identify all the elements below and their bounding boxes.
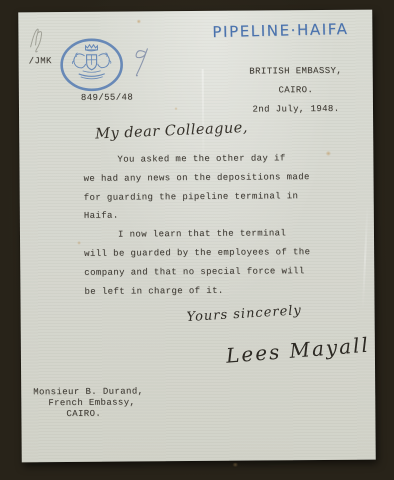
paper-crease bbox=[362, 205, 369, 310]
handwritten-filing-mark bbox=[128, 44, 154, 82]
paper-crease bbox=[202, 69, 205, 157]
signature: Lees Mayall bbox=[225, 333, 370, 368]
letterhead-city: CAIRO. bbox=[240, 81, 352, 101]
letter-page: /JMK bbox=[18, 10, 376, 463]
foxing-spot bbox=[77, 241, 81, 245]
reference-number: 849/55/48 bbox=[81, 92, 133, 102]
salutation: My dear Colleague, bbox=[95, 120, 248, 143]
recipient-name: Monsieur B. Durand, bbox=[33, 386, 143, 398]
handwritten-subject-title: PIPELINE·HAIFA bbox=[212, 19, 377, 41]
body-line: You asked me the other day if bbox=[83, 149, 323, 170]
body-line: we had any news on the depositions made bbox=[83, 168, 323, 189]
body-line: company and that no special force will bbox=[84, 262, 324, 283]
foxing-spot bbox=[174, 107, 178, 110]
royal-crest-stamp-icon bbox=[58, 37, 124, 94]
recipient-city: CAIRO. bbox=[33, 409, 143, 421]
foxing-spot bbox=[325, 151, 331, 156]
body-line: will be guarded by the employees of the bbox=[84, 243, 324, 264]
body-line: I now learn that the terminal bbox=[84, 224, 324, 245]
letter-body: You asked me the other day if we had any… bbox=[83, 149, 324, 301]
letterhead-date: 2nd July, 1948. bbox=[240, 99, 352, 119]
body-line: Haifa. bbox=[84, 205, 324, 226]
closing-valediction: Yours sincerely bbox=[186, 303, 302, 325]
recipient-address: Monsieur B. Durand, French Embassy, CAIR… bbox=[33, 386, 143, 420]
scan-background: /JMK bbox=[0, 0, 394, 480]
recipient-org: French Embassy, bbox=[33, 398, 143, 410]
typed-initials: /JMK bbox=[29, 56, 52, 66]
letterhead-block: BRITISH EMBASSY, CAIRO. 2nd July, 1948. bbox=[240, 62, 352, 119]
body-line: be left in charge of it. bbox=[84, 281, 324, 302]
foxing-spot bbox=[232, 463, 239, 467]
letterhead-embassy: BRITISH EMBASSY, bbox=[240, 62, 352, 82]
body-line: for guarding the pipeline terminal in bbox=[84, 187, 324, 208]
foxing-spot bbox=[136, 19, 141, 23]
